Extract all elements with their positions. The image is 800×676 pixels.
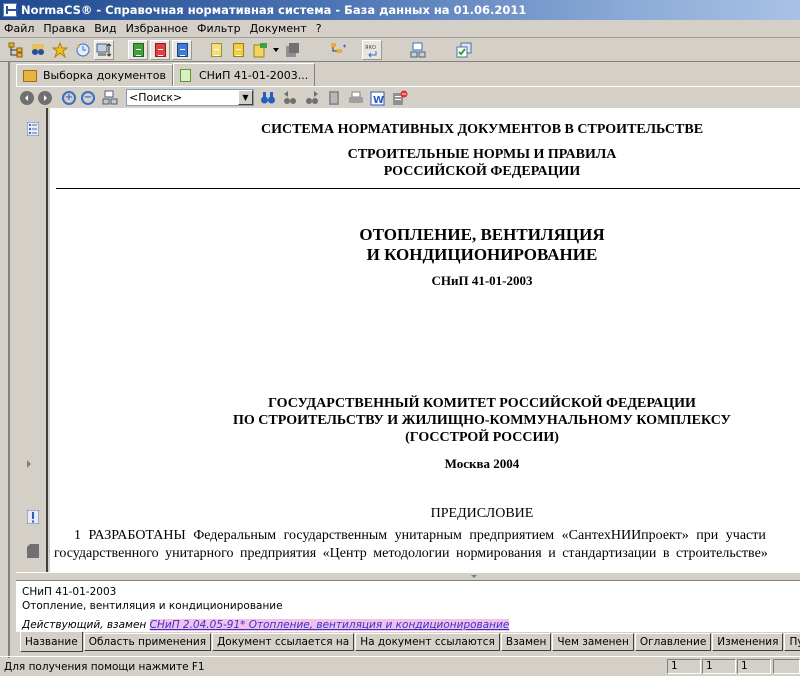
doc-org-line1: ГОСУДАРСТВЕННЫЙ КОМИТЕТ РОССИЙСКОЙ ФЕДЕР… xyxy=(50,396,800,412)
document-tabs: Выборка документов СНиП 41-01-2003... xyxy=(16,63,315,86)
doc-red-icon[interactable] xyxy=(150,40,170,60)
menu-favorites[interactable]: Избранное xyxy=(126,22,188,35)
title-bar: NormaCS® - Справочная нормативная систем… xyxy=(0,0,800,20)
tab-replaces[interactable]: Взамен xyxy=(501,633,551,651)
warning-icon[interactable] xyxy=(27,510,39,524)
copy-icon[interactable] xyxy=(324,88,344,108)
app-logo-icon xyxy=(3,3,17,17)
svg-text:W: W xyxy=(373,95,384,106)
tab-document-selection[interactable]: Выборка документов xyxy=(16,64,173,86)
chevron-down-icon[interactable]: ▼ xyxy=(238,90,253,105)
info-status-prefix: Действующий, взамен xyxy=(22,619,146,631)
menu-view[interactable]: Вид xyxy=(94,22,116,35)
preface-heading: ПРЕДИСЛОВИЕ xyxy=(50,506,800,522)
tab-referenced-by[interactable]: На документ ссылаются xyxy=(355,633,500,651)
tab-changes[interactable]: Изменения xyxy=(712,633,783,651)
left-rail xyxy=(18,108,48,572)
status-cell-2: 1 xyxy=(702,659,736,674)
find-binoculars-icon[interactable] xyxy=(258,88,278,108)
doc-export-icon[interactable] xyxy=(250,40,270,60)
history-clock-icon[interactable] xyxy=(72,40,92,60)
preface-paragraph-line2: государственного унитарного предприятия … xyxy=(54,546,800,562)
document-info-panel: СНиП 41-01-2003 Отопление, вентиляция и … xyxy=(16,580,800,632)
status-cell-1: 1 xyxy=(667,659,701,674)
tree-add-icon[interactable] xyxy=(328,40,348,60)
table-of-contents-icon[interactable] xyxy=(27,122,39,136)
network-link-icon[interactable] xyxy=(100,88,120,108)
network-icon[interactable] xyxy=(408,40,428,60)
collapse-arrow-icon[interactable] xyxy=(471,575,477,578)
info-tabs: Название Область применения Документ ссы… xyxy=(20,633,800,652)
tab-publications[interactable]: Публикации xyxy=(784,633,800,651)
search-binoculars-icon[interactable] xyxy=(28,40,48,60)
tab-scope[interactable]: Область применения xyxy=(84,633,211,651)
info-name: Отопление, вентиляция и кондиционировани… xyxy=(22,599,794,613)
expand-panel-icon[interactable] xyxy=(27,460,31,468)
main-toolbar: ЯКО xyxy=(0,38,800,62)
doc-city-year: Москва 2004 xyxy=(50,456,800,472)
search-input[interactable] xyxy=(129,91,239,104)
doc-header-norms: СТРОИТЕЛЬНЫЕ НОРМЫ И ПРАВИЛА xyxy=(50,147,800,163)
header-divider xyxy=(56,188,800,189)
info-status: Действующий, взамен СНиП 2.04.05-91* Ото… xyxy=(22,618,794,632)
doc-title-line2: И КОНДИЦИОНИРОВАНИЕ xyxy=(50,245,800,265)
menu-help[interactable]: ? xyxy=(316,22,322,35)
document-icon xyxy=(180,69,191,82)
tree-icon[interactable] xyxy=(6,40,26,60)
tab-snip-document[interactable]: СНиП 41-01-2003... xyxy=(173,63,315,86)
checklist-icon[interactable] xyxy=(454,40,474,60)
find-next-icon[interactable] xyxy=(302,88,322,108)
tab-label: СНиП 41-01-2003... xyxy=(199,69,308,82)
window-title: NormaCS® - Справочная нормативная систем… xyxy=(21,3,526,17)
doc-code: СНиП 41-01-2003 xyxy=(50,273,800,289)
favorites-star-icon[interactable] xyxy=(50,40,70,60)
status-cell-4 xyxy=(773,659,800,674)
zoom-in-icon[interactable]: + xyxy=(62,91,76,105)
doc-header-system: СИСТЕМА НОРМАТИВНЫХ ДОКУМЕНТОВ В СТРОИТЕ… xyxy=(50,122,800,138)
tab-references-to[interactable]: Документ ссылается на xyxy=(212,633,354,651)
tab-replaced-by[interactable]: Чем заменен xyxy=(552,633,634,651)
back-icon[interactable] xyxy=(20,91,34,105)
preface-paragraph-line1: 1 РАЗРАБОТАНЫ Федеральным государственны… xyxy=(74,528,800,544)
find-previous-icon[interactable] xyxy=(280,88,300,108)
doc-blue-icon[interactable] xyxy=(172,40,192,60)
note-icon[interactable] xyxy=(27,544,39,558)
panel-splitter[interactable] xyxy=(16,572,800,580)
menu-bar: Файл Правка Вид Избранное Фильтр Докумен… xyxy=(0,20,800,38)
doc-yellow-icon[interactable] xyxy=(206,40,226,60)
forward-icon[interactable] xyxy=(38,91,52,105)
tab-contents[interactable]: Оглавление xyxy=(635,633,711,651)
folder-icon xyxy=(23,70,37,82)
doc-org-line2: ПО СТРОИТЕЛЬСТВУ И ЖИЛИЩНО-КОММУНАЛЬНОМУ… xyxy=(50,413,800,429)
zoom-out-icon[interactable]: − xyxy=(81,91,95,105)
svg-text:ЯКО: ЯКО xyxy=(365,45,376,51)
document-toolbar: + − ▼ W xyxy=(16,86,800,108)
menu-file[interactable]: Файл xyxy=(4,22,34,35)
gray-doc-icon[interactable] xyxy=(282,40,302,60)
tab-label: Выборка документов xyxy=(43,69,166,82)
word-export-icon[interactable]: W xyxy=(368,88,388,108)
status-cell-3: 1 xyxy=(737,659,771,674)
menu-document[interactable]: Документ xyxy=(250,22,307,35)
replaced-document-link[interactable]: СНиП 2.04.05-91* Отопление, вентиляция и… xyxy=(150,619,510,631)
print-icon[interactable] xyxy=(346,88,366,108)
search-combobox[interactable]: ▼ xyxy=(126,89,254,106)
menu-edit[interactable]: Правка xyxy=(43,22,85,35)
help-hint: Для получения помощи нажмите F1 xyxy=(4,661,205,673)
menu-filter[interactable]: Фильтр xyxy=(197,22,241,35)
doc-title-line1: ОТОПЛЕНИЕ, ВЕНТИЛЯЦИЯ xyxy=(50,225,800,245)
doc-green-icon[interactable] xyxy=(128,40,148,60)
doc-org-line3: (ГОССТРОЙ РОССИИ) xyxy=(50,430,800,446)
dropdown-arrow-icon[interactable] xyxy=(272,40,280,60)
info-code: СНиП 41-01-2003 xyxy=(22,585,794,599)
keyboard-layout-icon[interactable]: ЯКО xyxy=(362,40,382,60)
display-toggle-icon[interactable] xyxy=(94,40,114,60)
doc-copy-icon[interactable] xyxy=(228,40,248,60)
doc-header-federation: РОССИЙСКОЙ ФЕДЕРАЦИИ xyxy=(50,164,800,180)
tab-name[interactable]: Название xyxy=(20,632,83,652)
document-properties-icon[interactable] xyxy=(390,88,410,108)
document-viewer: СИСТЕМА НОРМАТИВНЫХ ДОКУМЕНТОВ В СТРОИТЕ… xyxy=(50,108,800,572)
